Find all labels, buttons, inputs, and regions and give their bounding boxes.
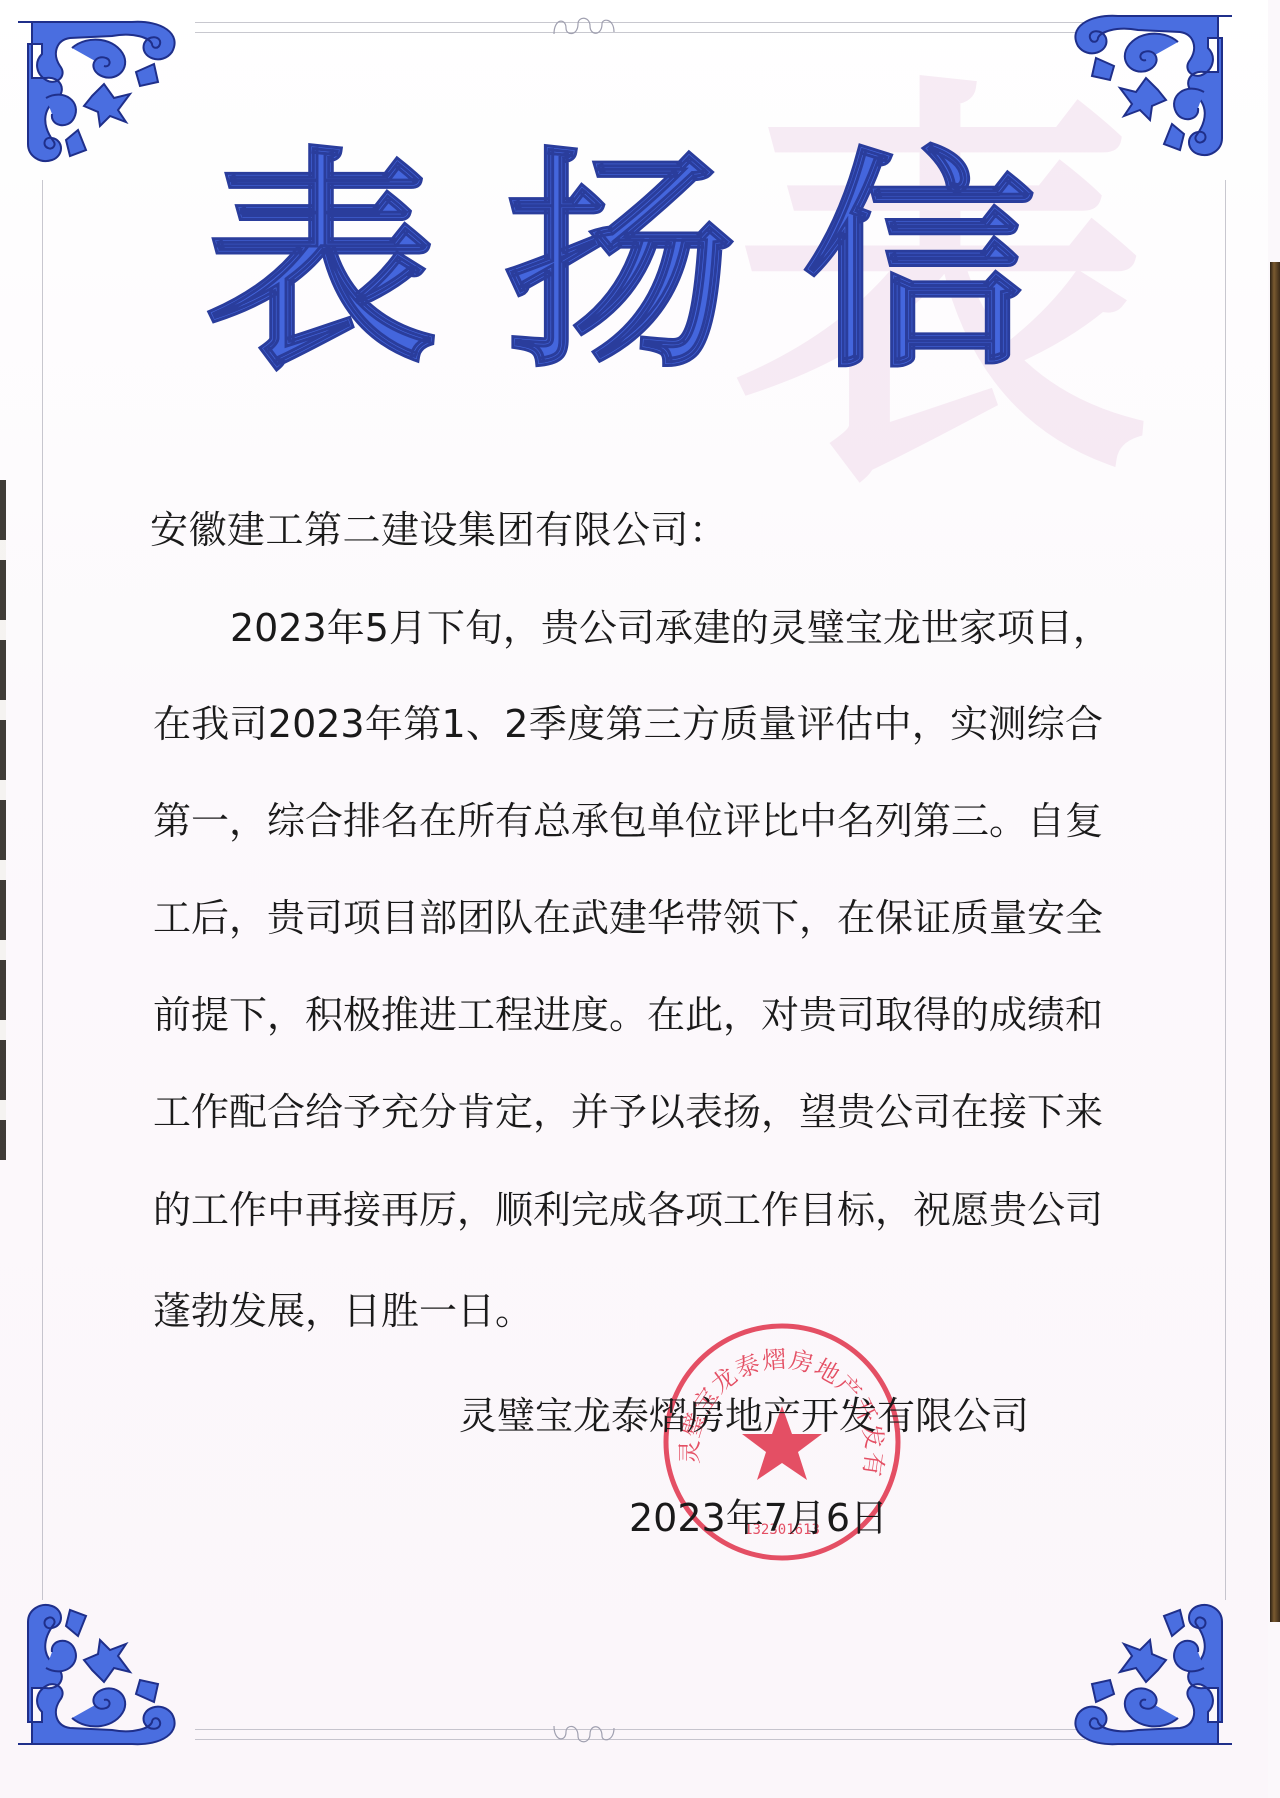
border-line-right (1225, 180, 1226, 1600)
body-line: 在我司2023年第1、2季度第三方质量评估中，实测综合 (153, 700, 1103, 748)
sender-signature: 灵璧宝龙泰熠房地产开发有限公司 (459, 1392, 1029, 1440)
letter-title: 表 扬 信 (205, 138, 1035, 388)
border-line-bottom-inner (195, 1739, 1085, 1740)
border-line-bottom (195, 1729, 1085, 1730)
background-edge-left (0, 480, 6, 1160)
corner-ornament-top-left-icon (12, 14, 182, 174)
scroll-flourish-top-icon (550, 14, 620, 38)
body-line: 2023年5月下旬，贵公司承建的灵璧宝龙世家项目， (230, 604, 1103, 652)
scroll-flourish-bottom-icon (550, 1722, 620, 1746)
corner-ornament-bottom-right-icon (1068, 1592, 1238, 1752)
title-char-2: 扬 (504, 138, 736, 388)
body-line: 工作配合给予充分肯定，并予以表扬，望贵公司在接下来 (153, 1088, 1103, 1136)
border-line-top-inner (195, 32, 1085, 33)
background-edge-right (1270, 262, 1280, 1622)
corner-ornament-top-right-icon (1068, 8, 1238, 168)
body-line: 工后，贵司项目部团队在武建华带领下，在保证质量安全 (153, 894, 1103, 942)
body-line: 蓬勃发展，日胜一日。 (153, 1287, 1103, 1335)
title-char-1: 表 (205, 138, 437, 388)
body-line: 的工作中再接再厉，顺利完成各项工作目标，祝愿贵公司 (153, 1186, 1103, 1234)
title-char-3: 信 (803, 138, 1035, 388)
border-line-left (42, 180, 43, 1600)
body-line: 前提下，积极推进工程进度。在此，对贵司取得的成绩和 (153, 991, 1103, 1039)
border-line-top (195, 22, 1085, 23)
letter-date: 2023年7月6日 (629, 1494, 888, 1542)
salutation-recipient: 安徽建工第二建设集团有限公司： (150, 506, 728, 554)
body-line: 第一，综合排名在所有总承包单位评比中名列第三。自复 (153, 797, 1103, 845)
corner-ornament-bottom-left-icon (12, 1592, 182, 1752)
